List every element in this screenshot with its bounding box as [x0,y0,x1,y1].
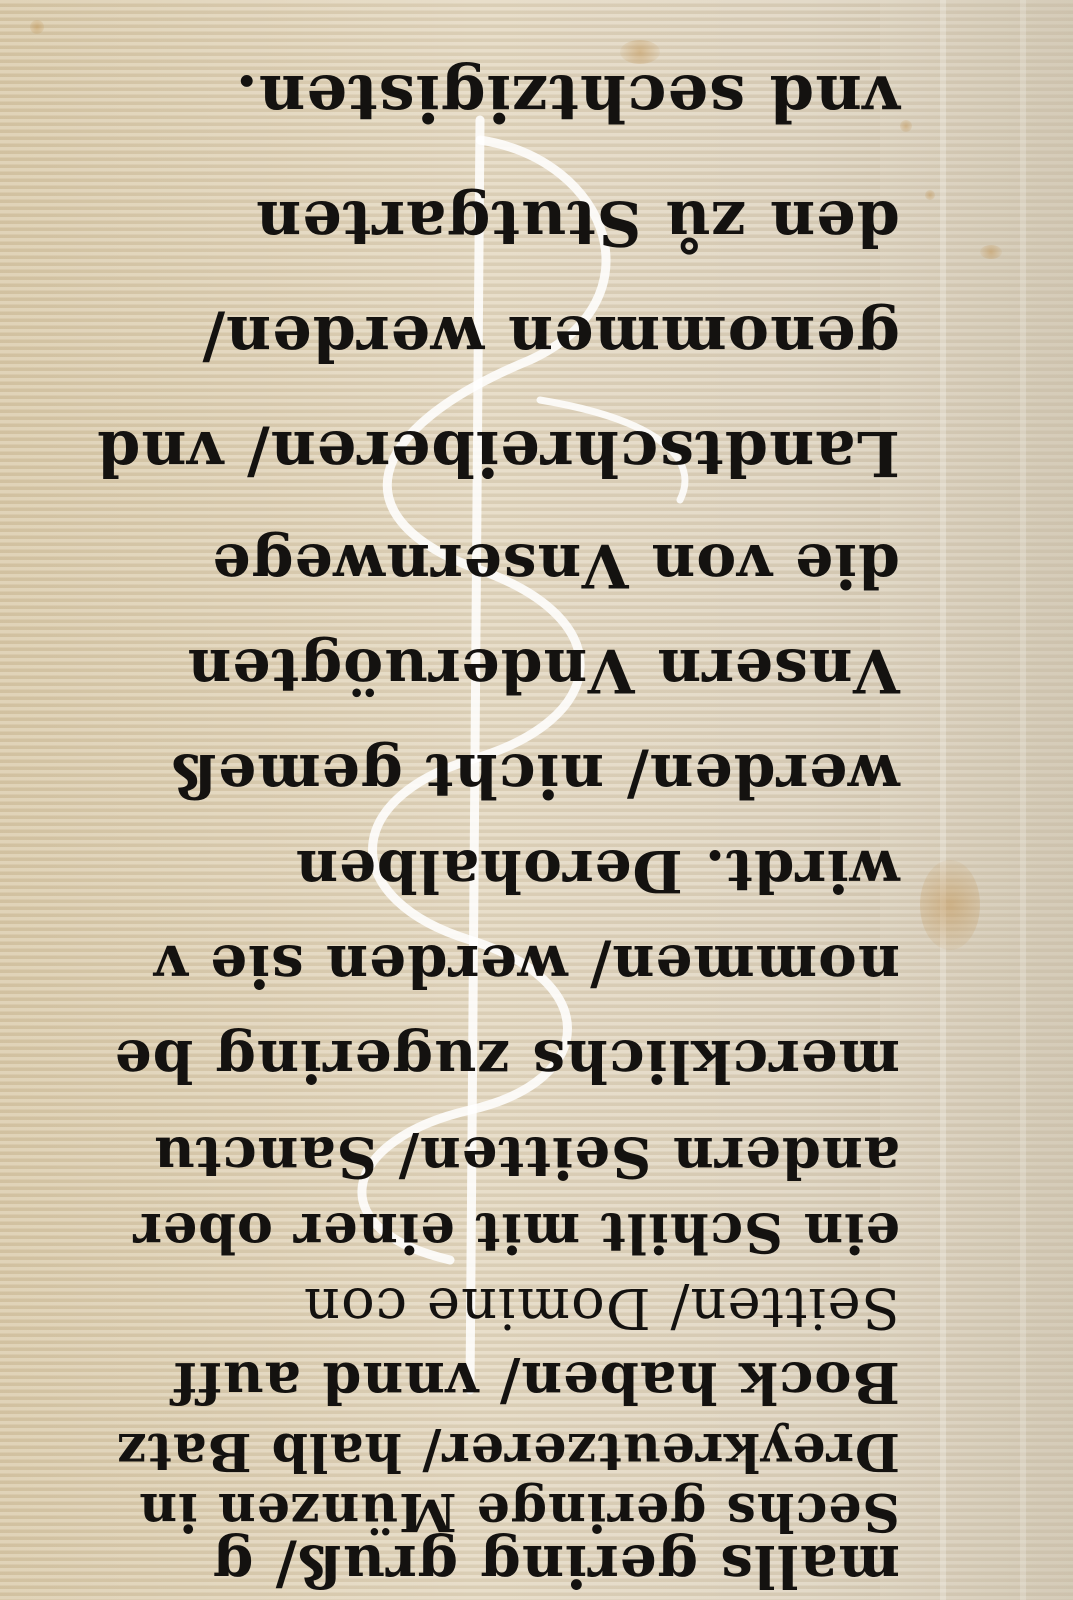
page-margin [880,0,1073,1600]
text-line: Seitten/ Domine con [303,1275,900,1340]
water-stain [920,860,980,950]
foxing-spot [900,120,912,132]
foxing-spot [925,190,935,200]
text-line: Landtschreiberen/ vnd [96,417,900,490]
text-line: nommen/ werden sie v [153,932,900,1000]
text-line: Vnsern Vnderuögten [187,635,900,705]
text-line: vnd sechtzigisten. [235,60,900,135]
foxing-spot [980,245,1002,259]
printed-text-block: malls gering gruß/ g Sechs geringe Münze… [0,0,900,1600]
text-line: wirdt. Derohalben [295,837,900,905]
text-line: Bock haben/ vnnd auff [172,1349,900,1415]
text-line: werden/ nicht gemeß [170,740,900,810]
text-line: andern Seitten/ Sanctu [153,1124,900,1190]
text-line: ein Schilt mit einer ober [132,1201,900,1265]
text-line: Dreykreutzerer/ halb Batz [116,1421,900,1482]
text-line: die von Vnsernwege [211,530,900,600]
text-line: den zů Stutgarten [255,187,900,260]
text-line: malls gering gruß/ g [212,1532,900,1600]
text-line: mercklichs zugering be [114,1027,900,1095]
text-line: genommen werden/ [201,302,900,375]
text-line: Sechs geringe Münzen in [138,1481,900,1542]
